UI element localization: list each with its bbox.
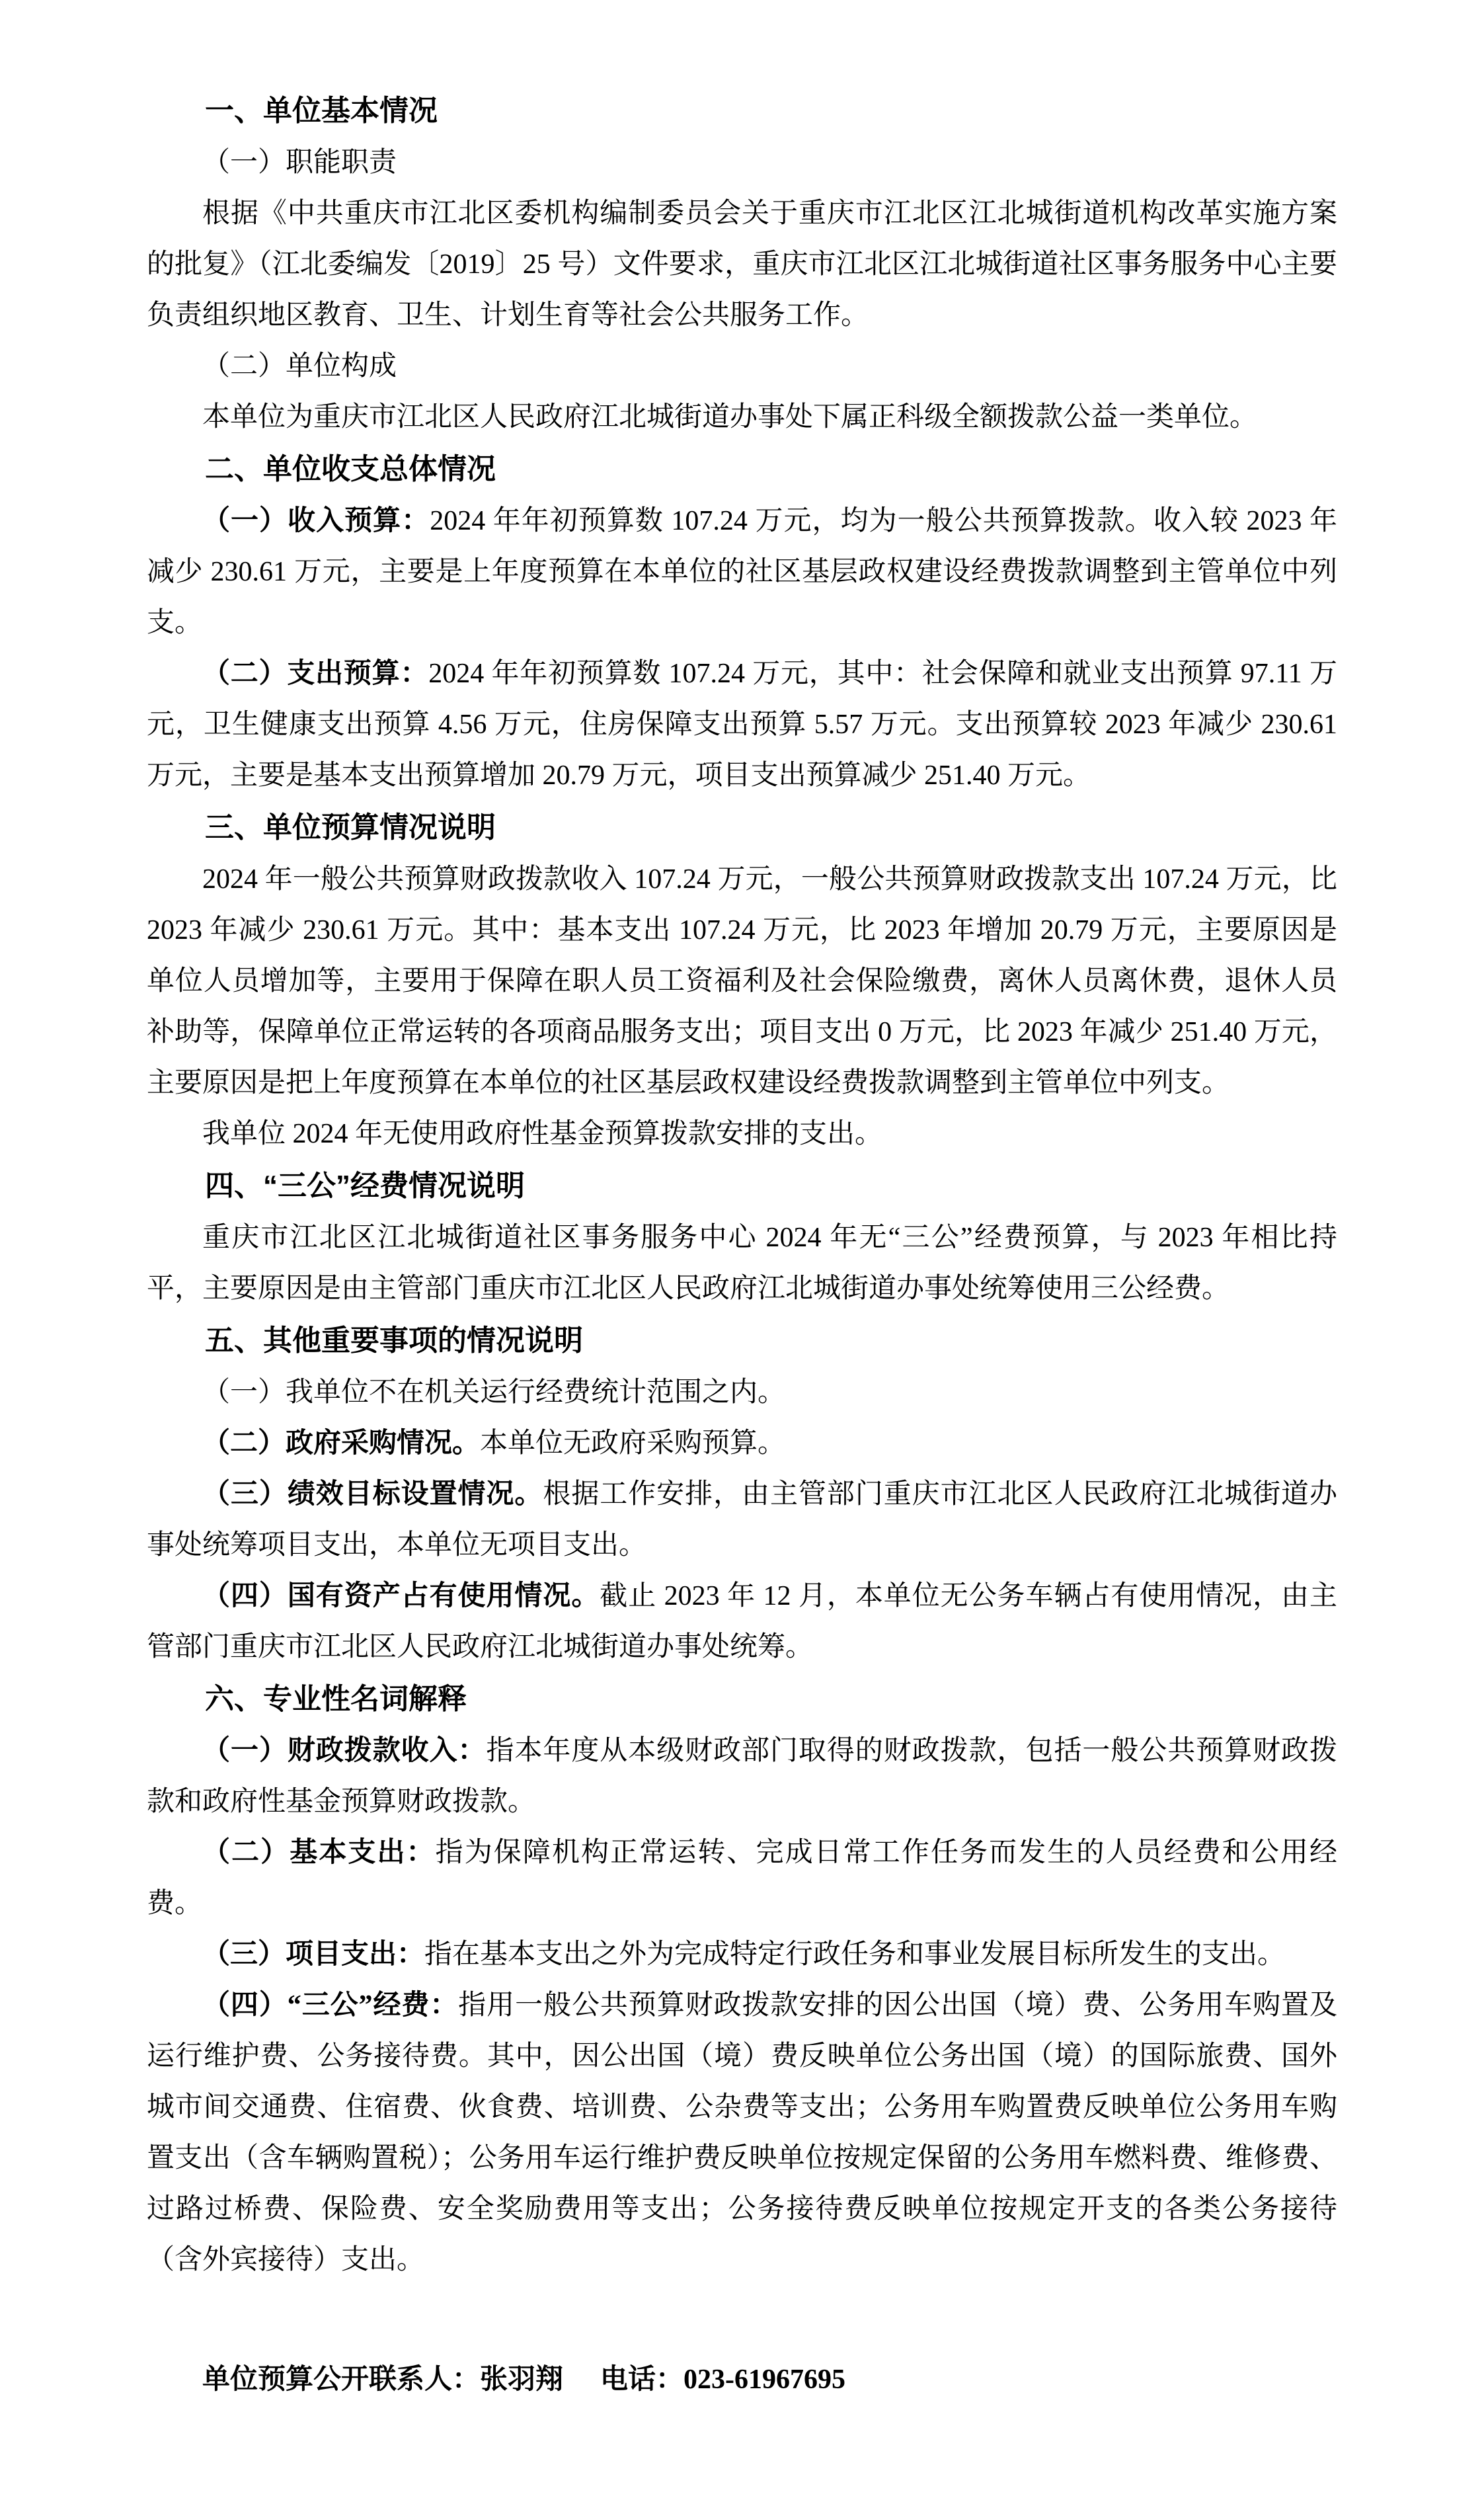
paragraph-term-1: （一）财政拨款收入：指本年度从本级财政部门取得的财政拨款，包括一般公共预算财政拨… (147, 1726, 1337, 1828)
paragraph-other-item-2: （二）政府采购情况。本单位无政府采购预算。 (147, 1418, 1337, 1469)
paragraph-other-item-3: （三）绩效目标设置情况。根据工作安排，由主管部门重庆市江北区人民政府江北城街道办… (147, 1469, 1337, 1571)
paragraph-label: （一）收入预算： (202, 506, 430, 536)
contact-name: 张羽翔 (480, 2364, 563, 2395)
paragraph-expense-budget: （二）支出预算：2024 年年初预算数 107.24 万元，其中：社会保障和就业… (147, 649, 1337, 801)
section-heading-5: 五、其他重要事项的情况说明 (147, 1314, 1337, 1367)
paragraph-text: 根据《中共重庆市江北区委机构编制委员会关于重庆市江北区江北城街道机构改革实施方案… (147, 198, 1337, 331)
paragraph-text: 指在基本支出之外为完成特定行政任务和事业发展目标所发生的支出。 (424, 1939, 1285, 1970)
paragraph-label: （一）财政拨款收入： (202, 1736, 486, 1766)
paragraph-three-public: 重庆市江北区江北城街道社区事务服务中心 2024 年无“三公”经费预算，与 20… (147, 1213, 1337, 1314)
paragraph-text: 本单位无政府采购预算。 (480, 1428, 785, 1459)
sub-heading-composition: （二）单位构成 (147, 341, 1337, 392)
paragraph-budget-explanation: 2024 年一般公共预算财政拨款收入 107.24 万元，一般公共预算财政拨款支… (147, 854, 1337, 1109)
contact-label: 单位预算公开联系人： (202, 2364, 480, 2395)
paragraph-other-item-1: （一）我单位不在机关运行经费统计范围之内。 (147, 1367, 1337, 1418)
budget-disclosure-document: 一、单位基本情况 （一）职能职责 根据《中共重庆市江北区委机构编制委员会关于重庆… (0, 0, 1484, 2500)
paragraph-label: （二）基本支出： (202, 1837, 436, 1868)
paragraph-term-2: （二）基本支出：指为保障机构正常运转、完成日常工作任务而发生的人员经费和公用经费… (147, 1828, 1337, 1929)
paragraph-composition: 本单位为重庆市江北区人民政府江北城街道办事处下属正科级全额拨款公益一类单位。 (147, 392, 1337, 443)
paragraph-label: （四）“三公”经费： (202, 1990, 458, 2021)
paragraph-text: 我单位 2024 年无使用政府性基金预算拨款安排的支出。 (202, 1119, 882, 1149)
paragraph-income-budget: （一）收入预算：2024 年年初预算数 107.24 万元，均为一般公共预算拨款… (147, 496, 1337, 649)
paragraph-no-gov-fund: 我单位 2024 年无使用政府性基金预算拨款安排的支出。 (147, 1109, 1337, 1160)
phone-label: 电话： (600, 2364, 683, 2395)
paragraph-text: 2024 年一般公共预算财政拨款收入 107.24 万元，一般公共预算财政拨款支… (147, 864, 1337, 1098)
paragraph-duties: 根据《中共重庆市江北区委机构编制委员会关于重庆市江北区江北城街道机构改革实施方案… (147, 188, 1337, 341)
contact-footer: 单位预算公开联系人：张羽翔电话：023-61967695 (147, 2355, 1337, 2405)
section-heading-2: 二、单位收支总体情况 (147, 443, 1337, 496)
paragraph-label: （二）支出预算： (202, 659, 428, 689)
section-heading-3: 三、单位预算情况说明 (147, 801, 1337, 854)
paragraph-label: （四）国有资产占有使用情况。 (202, 1581, 600, 1611)
paragraph-other-item-4: （四）国有资产占有使用情况。截止 2023 年 12 月，本单位无公务车辆占有使… (147, 1571, 1337, 1673)
sub-heading-duties: （一）职能职责 (147, 138, 1337, 188)
paragraph-text: 指用一般公共预算财政拨款安排的因公出国（境）费、公务用车购置及运行维护费、公务接… (147, 1990, 1337, 2275)
phone-number: 023-61967695 (683, 2364, 845, 2395)
paragraph-label: （二）政府采购情况。 (202, 1428, 480, 1459)
paragraph-term-3: （三）项目支出：指在基本支出之外为完成特定行政任务和事业发展目标所发生的支出。 (147, 1929, 1337, 1980)
section-heading-1: 一、单位基本情况 (147, 85, 1337, 138)
paragraph-label: （三）绩效目标设置情况。 (202, 1479, 543, 1510)
paragraph-label: （三）项目支出： (202, 1939, 424, 1970)
paragraph-term-4: （四）“三公”经费：指用一般公共预算财政拨款安排的因公出国（境）费、公务用车购置… (147, 1980, 1337, 2286)
section-heading-4: 四、“三公”经费情况说明 (147, 1160, 1337, 1213)
paragraph-text: （一）我单位不在机关运行经费统计范围之内。 (202, 1377, 785, 1408)
paragraph-text: 重庆市江北区江北城街道社区事务服务中心 2024 年无“三公”经费预算，与 20… (147, 1223, 1337, 1304)
section-heading-6: 六、专业性名词解释 (147, 1673, 1337, 1726)
paragraph-text: 本单位为重庆市江北区人民政府江北城街道办事处下属正科级全额拨款公益一类单位。 (202, 402, 1257, 432)
